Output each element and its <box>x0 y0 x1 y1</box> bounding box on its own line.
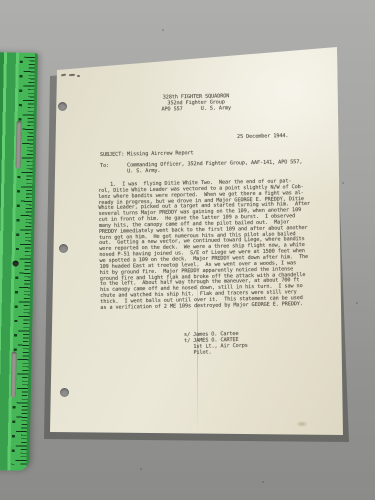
staple-mark <box>69 74 75 77</box>
green-ruler <box>0 52 38 471</box>
surface-speck <box>162 29 164 31</box>
punch-hole <box>58 102 67 111</box>
surface-speck <box>342 182 344 184</box>
to-label: To: <box>100 163 127 175</box>
punch-hole <box>60 388 69 397</box>
subject-label: SUBJECT: <box>100 152 127 158</box>
date-line: 25 December 1944. <box>237 134 289 141</box>
punch-hole <box>59 244 68 253</box>
letterhead: 328th FIGHTER SQUADRON352nd Fighter Grou… <box>138 94 254 114</box>
staple-mark <box>61 74 66 77</box>
ruler-hole <box>13 261 19 267</box>
document-date: 25 December 1944. <box>237 133 289 140</box>
surface-speck <box>356 302 358 304</box>
ruler-slot <box>11 352 17 398</box>
surface-speck <box>140 468 142 470</box>
paper-stain <box>296 421 308 427</box>
staple-mark <box>77 75 80 77</box>
signature-block: s/ James O. Carteet/ JAMES O. CARTEE 1st… <box>184 332 248 357</box>
surface-speck <box>262 481 264 483</box>
typed-line: Pilot. <box>184 349 248 356</box>
report-body: 1. I was flying Ditie White Two. Near th… <box>98 178 336 311</box>
photo-background: 328th FIGHTER SQUADRON352nd Fighter Grou… <box>0 0 375 500</box>
ruler-slot <box>16 121 22 169</box>
